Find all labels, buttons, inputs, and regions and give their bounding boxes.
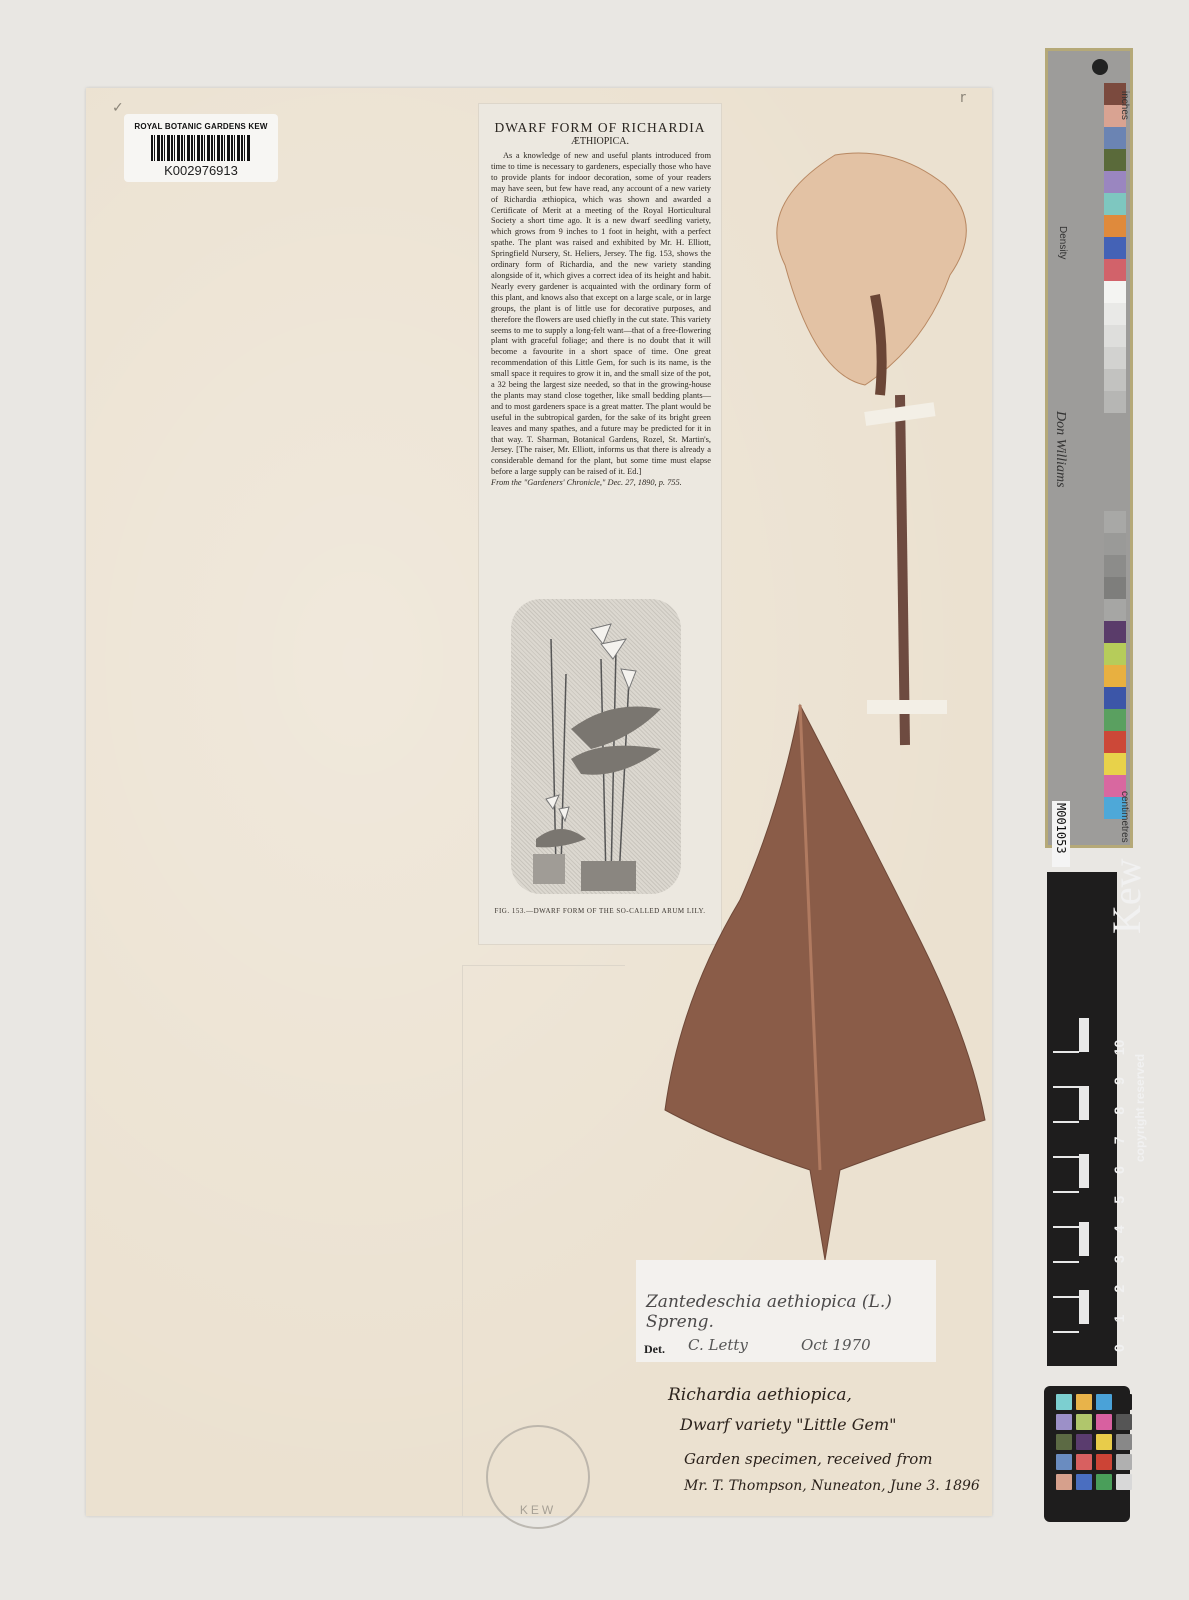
spathe-flower-specimen [755, 145, 975, 755]
kew-stamp: KEW [486, 1425, 590, 1529]
handwritten-note-line: Mr. T. Thompson, Nuneaton, June 3. 1896 [684, 1478, 980, 1494]
leaf-specimen [660, 700, 990, 1260]
determined-species-name: Zantedeschia aethiopica (L.) Spreng. [646, 1292, 936, 1332]
arum-lily-engraving [511, 599, 681, 894]
scale-id: M001053 [1052, 801, 1070, 867]
centimetres-label: centimetres [1119, 791, 1130, 843]
ruler-numbers: 0 1 2 3 4 5 6 7 8 9 10 [1111, 1040, 1127, 1352]
ruler-ticks [1053, 1018, 1079, 1358]
kew-logo: Kew [1103, 858, 1150, 934]
inches-label: inches [1119, 91, 1130, 120]
handwritten-note-line: Dwarf variety "Little Gem" [680, 1415, 897, 1434]
barcode-number: K002976913 [124, 163, 278, 178]
barcode-label: ROYAL BOTANIC GARDENS KEW K002976913 [124, 114, 278, 182]
clipping-subtitle: ÆTHIOPICA. [479, 136, 721, 147]
kew-scale-ruler: Kew 0 1 2 3 4 5 6 7 8 9 10 copyright res… [1047, 872, 1117, 1366]
barcode-icon [151, 135, 251, 161]
handwritten-note-line: Richardia aethiopica, [668, 1385, 852, 1405]
determination-label: Zantedeschia aethiopica (L.) Spreng. Det… [636, 1260, 936, 1362]
hole-icon [1092, 59, 1108, 75]
density-label: Density [1057, 226, 1068, 259]
determination-date: Oct 1970 [801, 1336, 871, 1354]
handwritten-note-line: Garden specimen, received from [684, 1450, 933, 1468]
corner-mark: r [960, 90, 966, 106]
brand-label: Don Williams [1052, 411, 1068, 488]
clipping-source: From the "Gardeners' Chronicle," Dec. 27… [491, 478, 711, 489]
clipping-title: DWARF FORM OF RICHARDIA [479, 120, 721, 136]
color-calibration-bar: inches centimetres Density Don Williams … [1045, 48, 1133, 848]
copyright-text: copyright reserved [1133, 1054, 1147, 1162]
color-checker-grid [1044, 1386, 1130, 1522]
clipping-body: As a knowledge of new and useful plants … [491, 151, 711, 478]
determiner-name: C. Letty [688, 1336, 748, 1354]
det-prefix: Det. [644, 1342, 665, 1357]
institution-name: ROYAL BOTANIC GARDENS KEW [124, 122, 278, 131]
check-mark: ✓ [112, 100, 124, 116]
